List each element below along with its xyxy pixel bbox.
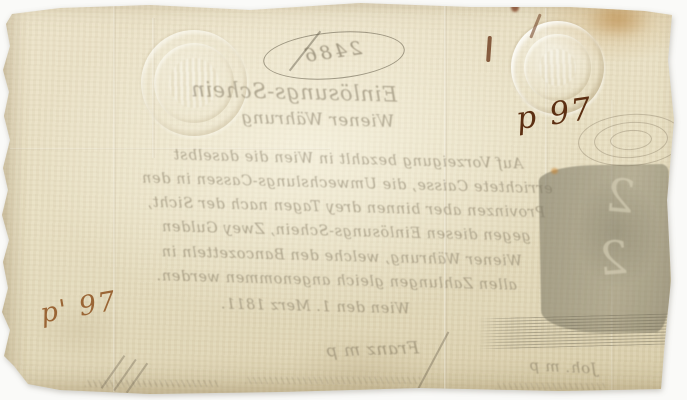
show-through-body-line: Wien den 1. Merz 1811. <box>150 295 480 324</box>
value-panel-show-through: 2 2 <box>539 164 672 334</box>
value-digits-mirrored: 2 2 <box>539 164 672 334</box>
value-digit: 2 <box>603 168 637 224</box>
faint-marks-bottom-center <box>245 377 420 384</box>
show-through-signature-right: Joh. m p <box>498 355 629 380</box>
vertical-crease <box>113 6 116 392</box>
value-digit: 2 <box>597 230 631 286</box>
pencil-scribble-bottom-left <box>85 380 220 387</box>
brown-stain-top-right <box>585 0 651 40</box>
ink-dash <box>486 36 492 62</box>
faint-marks-bottom-right <box>495 383 605 390</box>
serial-number-mirrored: 2486 <box>281 34 383 70</box>
dark-ink-spot <box>511 2 519 12</box>
folio-mark-left: p' 97 <box>38 285 120 329</box>
show-through-heading-2: Wiener Währung <box>225 108 410 133</box>
paper-drop-shadow: 2486 Einlösungs-Schein Wiener Währung Au… <box>0 0 687 400</box>
hatched-band-show-through <box>477 313 670 349</box>
small-orange-stain <box>551 168 558 174</box>
seal-emblem <box>539 49 576 86</box>
serial-number-oval: 2486 <box>261 26 407 85</box>
scanned-note-verso: 2486 Einlösungs-Schein Wiener Währung Au… <box>0 0 687 400</box>
aged-paper-sheet: 2486 Einlösungs-Schein Wiener Währung Au… <box>0 0 687 400</box>
